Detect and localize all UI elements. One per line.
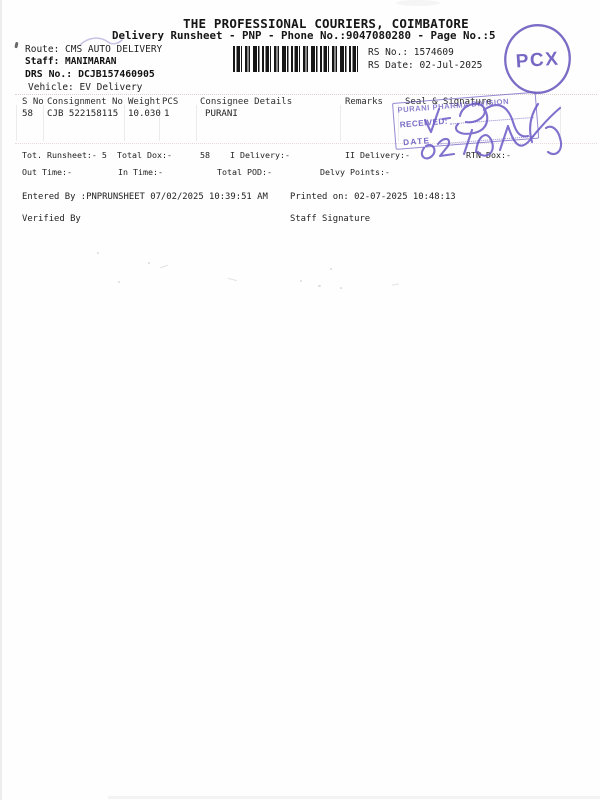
pcx-stamp: PCX — [500, 22, 578, 98]
scan-speck — [318, 285, 321, 287]
row-consignee: PURANI — [205, 109, 238, 119]
col-header-pcs: PCS — [162, 97, 178, 107]
row-sno: 58 — [22, 109, 33, 119]
col-header-consignee: Consignee Details — [200, 97, 292, 107]
col-header-sno: S No — [22, 97, 44, 107]
scan-speck — [340, 287, 342, 289]
column-rule — [16, 105, 17, 141]
column-rule — [340, 105, 341, 141]
scan-speck — [148, 262, 150, 264]
scan-speck — [392, 283, 399, 285]
column-rule — [124, 105, 125, 141]
col-header-remarks: Remarks — [345, 97, 383, 107]
scan-edge-artifact — [0, 0, 2, 800]
pen-mark — [14, 42, 18, 48]
column-rule — [43, 105, 44, 141]
printed-on: Printed on: 02-07-2025 10:48:13 — [290, 192, 456, 202]
route-line: Route: CMS AUTO DELIVERY — [25, 44, 162, 55]
total-runsheet: Tot. Runsheet:- 5 — [22, 150, 107, 160]
total-pod: Total POD:- — [217, 167, 272, 177]
scan-speck — [97, 252, 99, 254]
pcx-stamp-text: PCX — [515, 49, 560, 73]
i-delivery: I Delivery:- — [230, 150, 290, 160]
staff-line: Staff: MANIMARAN — [25, 56, 117, 67]
entered-by: Entered By :PNPRUNSHEET 07/02/2025 10:39… — [22, 192, 268, 202]
total-dox-value: 58 — [200, 150, 210, 160]
drs-no-line: DRS No.: DCJB157460905 — [25, 69, 155, 80]
vehicle-line: Vehicle: EV Delivery — [28, 82, 142, 93]
scan-speck — [118, 281, 120, 283]
rs-date: RS Date: 02-Jul-2025 — [368, 60, 482, 71]
delivery-runsheet-document: THE PROFESSIONAL COURIERS, COIMBATORE De… — [0, 0, 600, 800]
row-consignment: CJB 522158115 — [47, 109, 118, 119]
col-header-consignment: Consignment No — [47, 97, 123, 107]
total-dox-label: Total Dox:- — [117, 150, 172, 160]
out-time: Out Time:- — [22, 167, 72, 177]
col-header-weight: Weight — [128, 97, 161, 107]
scan-speck — [330, 268, 332, 270]
row-pcs: 1 — [164, 109, 169, 119]
rs-no: RS No.: 1574609 — [368, 47, 454, 58]
scan-edge-artifact — [108, 796, 600, 799]
handwriting-overlay — [380, 92, 580, 172]
row-weight: 10.030 — [128, 109, 161, 119]
handwritten-date-scribble — [422, 108, 561, 158]
document-subtitle: Delivery Runsheet - PNP - Phone No.:9047… — [112, 29, 496, 42]
staff-signature: Staff Signature — [290, 214, 370, 224]
scan-speck — [300, 280, 302, 282]
column-rule — [196, 105, 197, 141]
in-time: In Time:- — [118, 167, 163, 177]
scan-speck — [228, 278, 237, 281]
barcode — [233, 46, 360, 72]
verified-by: Verified By — [22, 214, 81, 224]
scan-smudge — [396, 0, 440, 6]
scan-speck — [160, 265, 168, 268]
